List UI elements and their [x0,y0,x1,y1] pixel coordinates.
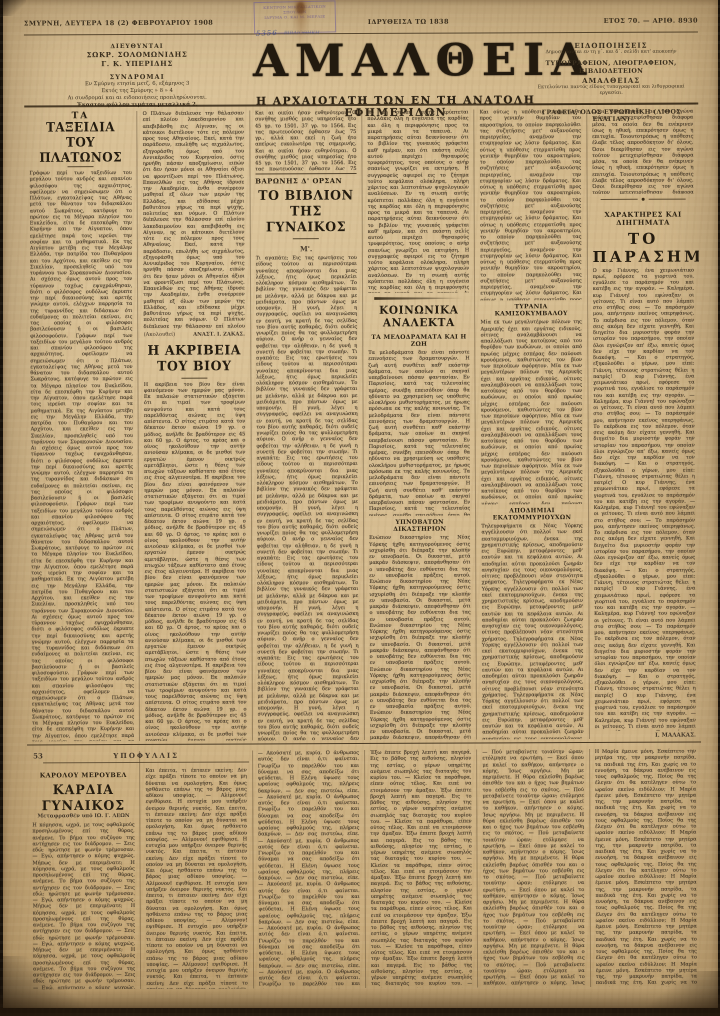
feuilleton-body-2: Και έπειτα, τι έπταιεν εκείνη; Δεν είχε … [145,767,247,988]
feuilleton-column-4: Έξω έπιπτε βροχή λεπτή και παγερά. Εις τ… [364,749,477,987]
article3-rubric: ΒΑΡΩΝΗΣ Δ' ΟΡΣΑΝ [255,173,356,185]
column-3: Και αι οικίαι ήσαν ευθηνότεραι. Ο συνήθη… [249,110,364,740]
article1-signature: ΑΝΑΣΤ. Ι. ΖΑΚΑΣ. [193,331,245,337]
feuilleton-column-2: Και έπειτα, τι έπταιεν εκείνη; Δεν είχε … [139,750,252,988]
paper-discoloration [647,430,702,580]
story-rubric: ΧΑΡΑΚΤΗΡΕΣ ΚΑΙ ΔΙΗΓΗΜΑΤΑ [592,207,693,226]
dateline: ΣΜΥΡΝΗ, ΔΕΥΤΕΡΑ 18 (2) ΦΕΒΡΟΥΑΡΙΟΥ 1908 [24,19,213,28]
article3-chapter-mark: Μ'. [256,244,357,253]
divider-rule [293,238,319,239]
feuilleton-author: ΚΑΡΟΛΟΥ ΜΕΡΟΥΒΕΛ [32,772,134,779]
issue-number: ΕΤΟΣ 70. — ΑΡΙΘ. 8930 [604,17,698,25]
analekta-subhead-3: ΤΥΡΑΝΙΑ ΚΑΜΙΣΟΚΥΜΒΑΛΟΥ [480,303,581,317]
feuilleton-number: 53 [33,751,43,760]
feuilleton-title: ΚΑΡΔΙΑ ΓΥΝΑΙΚΟΣ [32,781,134,813]
analekta-body-4: Τηλεγραφήματα εκ Νέας Υόρκης αγγέλλουσιν… [481,523,583,739]
newspaper-page: ΣΜΥΡΝΗ, ΔΕΥΤΕΡΑ 18 (2) ΦΕΒΡΟΥΑΡΙΟΥ 1908 … [0,0,720,1016]
article1-sign-off: (Ακολουθεί) ΑΝΑΣΤ. Ι. ΖΑΚΑΣ. [144,331,245,337]
feuilleton-body-5: — Πού μεταβαίνετε τοιαύτην ώραν; ετόλμησ… [482,749,584,987]
column-4: Εν τη σιωπή αυτής κρύπτεται πολλάκις όλη… [361,110,476,740]
feuilleton-translator: Μεταφρασθέν υπό ΙΩ. Γ. ΛΕΩΝ [32,813,134,819]
feuilleton-label: ΥΠΟΦΥΛΛΙΣ [43,750,250,763]
article3-body-cont: Εν τη σιωπή αυτής κρύπτεται πολλάκις όλη… [367,110,469,294]
analekta-subhead-2: ΥΠΝΟΒΑΤΩΝ ΔΙΚΑΣΤΗΡΙΟΝ [369,519,470,533]
dot-divider [600,197,685,200]
analekta-subhead-4: ΑΠΟΔΗΜΙΑΙ ΕΚΑΤΟΜΜΥΡΙΟΥΧΩΝ [481,507,582,521]
arrow-divider [374,297,463,300]
analekta-subhead-1: ΤΑ ΜΕΛΟΔΡΑΜΑΤΑ ΚΑΙ Η ΖΩΗ [368,334,469,348]
feuilleton-separator-rule [27,742,701,746]
founded-text: ΙΔΡΥΘΕΙΣΑ ΤΩ 1838 [368,18,449,26]
article3-headline: ΤΟ ΒΙΒΛΙΟΝ ΤΗΣ ΓΥΝΑΙΚΟΣ [255,187,357,235]
director-name-2: Γ. Κ. ΥΠΕΡΙΔΗΣ [28,58,246,68]
analekta-body-cont: Και ούτως η υπόθεσις ετερματίσθη προς γε… [480,109,582,301]
analekta-body-1: Τα μελοδράματα δεν είναι πάντοτε επινοήσ… [368,350,470,517]
story-signature: Ι. ΜΑΛΑΚΑΣ. [595,733,696,739]
column-5: Και ούτως η υπόθεσις ετερματίσθη προς γε… [474,109,589,739]
feuilleton-column-3: — Ακούσατέ με, κυρία. Ο άνθρωπος αυτός δ… [252,750,365,988]
column-2: Ο Πλάτων διέπλευσε την θάλασσαν επί πλοί… [137,110,252,740]
analekta-body-2: Ενώπιον δικαστηρίου της Νέας Υόρκης ήχθη… [369,535,471,740]
main-columns: ΤΑ ΤΑΞΕΙΔΙΑ ΤΟΥ ΠΛΑΤΩΝΟΣ Γράφων περί των… [24,109,701,742]
article1-body: Γράφων περί των ταξειδίων του μεγάλου το… [30,170,135,741]
divider-line-left [600,198,637,199]
article2-body-cont: Και αι οικίαι ήσαν ευθηνότεραι. Ο συνήθη… [255,110,357,171]
article2-headline: Η ΑΚΡΙΒΕΙΑ ΤΟΥ ΒΙΟΥ [144,341,245,373]
divider-line-right [648,198,685,199]
dark-corner-top-left [0,0,26,16]
feuilleton-body-3: — Ακούσατέ με, κυρία. Ο άνθρωπος αυτός δ… [258,750,360,988]
feuilleton-header: 53 ΥΠΟΦΥΛΛΙΣ [27,750,249,763]
analekta-headline: ΚΟΙΝΩΝΙΚΑ ΑΝΑΛΕΚΤΑ [368,304,469,330]
feuilleton-section: 53 ΥΠΟΦΥΛΛΙΣ ΚΑΡΟΛΟΥ ΜΕΡΟΥΒΕΛ ΚΑΡΔΙΑ ΓΥΝ… [27,749,702,990]
to-be-continued: (Ακολουθεί) [144,331,176,337]
divider-rule [68,166,94,167]
article2-body: Η ακρίβεια του βίου δεν είναι φαινόμενον… [144,381,247,741]
masthead: ΑΜΑΛΘΕΙΑ Η ΑΡΧΑΙΟΤΑΤΗ ΤΩΝ ΕΝ ΤΗ ΑΝΑΤΟΛΗ … [253,33,538,119]
article1-body-cont: Ο Πλάτων διέπλευσε την θάλασσαν επί πλοί… [143,111,245,330]
feuilleton-body-6: Η Μαρία έμεινε μόνη. Εσκέπτετο την μητέρ… [595,749,697,987]
article3-body: Τι αγαπάτε; Εις τας ερωτήσεις του είδους… [256,255,359,740]
printing-services-text: Εκτελούνται παντός είδους τυπογραφικαί κ… [526,85,696,98]
bottom-edge-shadow [0,990,720,1016]
article1-headline: ΤΑΞΕΙΔΙΑ ΤΟΥ ΠΛΑΤΩΝΟΣ [29,119,132,165]
divider-dot [641,197,644,200]
top-info-bar: ΣΜΥΡΝΗ, ΔΕΥΤΕΡΑ 18 (2) ΦΕΒΡΟΥΑΡΙΟΥ 1908 … [24,17,698,34]
directors-block: ΔΙΕΥΘΥΝΤΑΙ ΣΩΚΡ. ΣΟΛΟΜΩΝΙΔΗΣ Γ. Κ. ΥΠΕΡΙ… [28,42,246,109]
prev-article-end: Όσοι διεκρίθησαν εις τον αγώνα τούτον με… [592,109,694,194]
column-1: ΤΑ ΤΑΞΕΙΔΙΑ ΤΟΥ ΠΛΑΤΩΝΟΣ Γράφων περί των… [24,111,139,741]
divider-rule [181,377,207,378]
feuilleton-column-1: ΚΑΡΟΛΟΥ ΜΕΡΟΥΒΕΛ ΚΑΡΔΙΑ ΓΥΝΑΙΚΟΣ Μεταφρα… [27,751,140,989]
notices-small-text: Δημοσιεύονται εν τη γ΄. και δ΄. σελίδι κ… [526,50,696,57]
feuilleton-body-4: Έξω έπιπτε βροχή λεπτή και παγερά. Εις τ… [370,750,472,988]
ink-stain-spot [296,2,305,14]
analekta-body-3: Μία εκ των μεγαλυτέρων πόλεων της Αμερικ… [481,319,583,504]
story-headline: ΤΟ ΠΑΡΑΣΗΜΟΝ [592,229,693,265]
feuilleton-column-6: Η Μαρία έμεινε μόνη. Εσκέπτετο την μητέρ… [589,749,702,987]
feuilleton-column-5: — Πού μεταβαίνετε τοιαύτην ώραν; ετόλμησ… [476,749,589,987]
column-6: Όσοι διεκρίθησαν εις τον αγώνα τούτον με… [586,109,701,739]
printing-house-line: ΤΥΠΟΓΡΑΦΕΙΟΝ, ΛΙΘΟΓΡΑΦΕΙΟΝ, ΒΙΒΛΙΟΔΕΤΕΙΟ… [526,60,696,77]
